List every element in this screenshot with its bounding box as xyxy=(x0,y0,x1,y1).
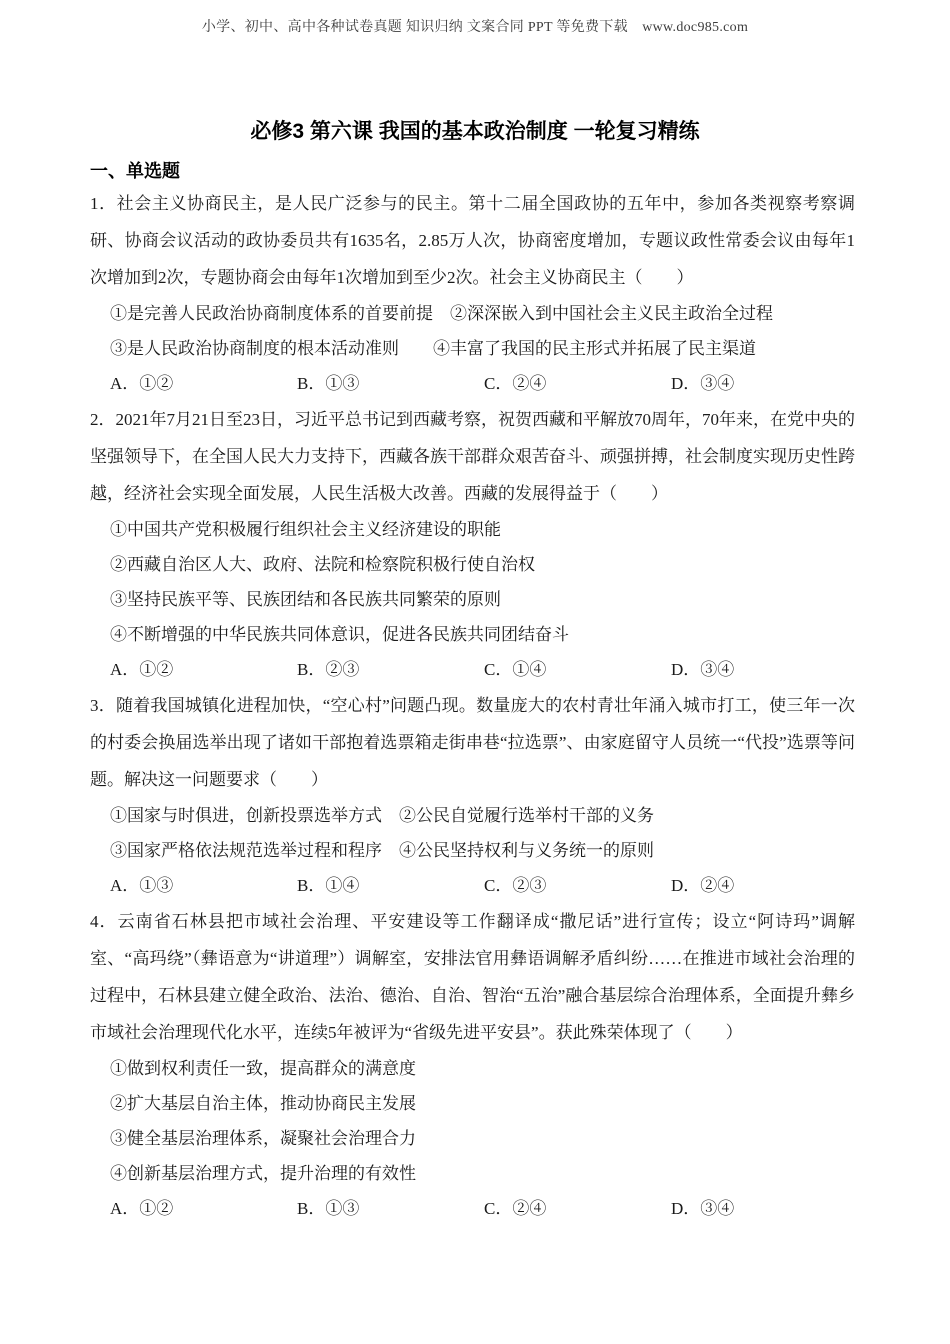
question-2-item-line-3: ③坚持民族平等、民族团结和各民族共同繁荣的原则 xyxy=(90,582,855,617)
question-4: 4．云南省石林县把市域社会治理、平安建设等工作翻译成“撒尼话”进行宣传；设立“阿… xyxy=(90,903,855,1226)
question-4-choices: A．①② B．①③ C．②④ D．③④ xyxy=(90,1191,855,1226)
question-1-choice-b: B．①③ xyxy=(297,366,484,401)
question-4-stem: 4．云南省石林县把市域社会治理、平安建设等工作翻译成“撒尼话”进行宣传；设立“阿… xyxy=(90,903,855,1051)
question-4-item-line-1: ①做到权利责任一致，提高群众的满意度 xyxy=(90,1051,855,1086)
question-3-item-line-2: ③国家严格依法规范选举过程和程序 ④公民坚持权利与义务统一的原则 xyxy=(90,833,855,868)
question-2-stem: 2．2021年7月21日至23日，习近平总书记到西藏考察，祝贺西藏和平解放70周… xyxy=(90,401,855,512)
question-4-item-line-3: ③健全基层治理体系，凝聚社会治理合力 xyxy=(90,1121,855,1156)
question-3-item-line-1: ①国家与时俱进，创新投票选举方式 ②公民自觉履行选举村干部的义务 xyxy=(90,798,855,833)
question-3-choice-c: C．②③ xyxy=(484,868,671,903)
question-2-choice-c: C．①④ xyxy=(484,652,671,687)
question-2-item-line-2: ②西藏自治区人大、政府、法院和检察院积极行使自治权 xyxy=(90,547,855,582)
question-2-choice-d: D．③④ xyxy=(671,652,734,687)
site-watermark: 小学、初中、高中各种试卷真题 知识归纳 文案合同 PPT 等免费下载 www.d… xyxy=(0,16,950,36)
question-4-choice-b: B．①③ xyxy=(297,1191,484,1226)
question-1-choice-a: A．①② xyxy=(110,366,297,401)
question-2: 2．2021年7月21日至23日，习近平总书记到西藏考察，祝贺西藏和平解放70周… xyxy=(90,401,855,687)
question-1-item-line-1: ①是完善人民政治协商制度体系的首要前提 ②深深嵌入到中国社会主义民主政治全过程 xyxy=(90,296,855,331)
question-1: 1．社会主义协商民主，是人民广泛参与的民主。第十二届全国政协的五年中，参加各类视… xyxy=(90,185,855,401)
question-1-item-line-2: ③是人民政治协商制度的根本活动准则 ④丰富了我国的民主形式并拓展了民主渠道 xyxy=(90,331,855,366)
question-4-choice-d: D．③④ xyxy=(671,1191,734,1226)
question-3-stem: 3．随着我国城镇化进程加快，“空心村”问题凸现。数量庞大的农村青壮年涌入城市打工… xyxy=(90,687,855,798)
question-4-choice-c: C．②④ xyxy=(484,1191,671,1226)
question-3: 3．随着我国城镇化进程加快，“空心村”问题凸现。数量庞大的农村青壮年涌入城市打工… xyxy=(90,687,855,903)
question-1-choice-d: D．③④ xyxy=(671,366,734,401)
question-3-choice-d: D．②④ xyxy=(671,868,734,903)
question-2-item-line-4: ④不断增强的中华民族共同体意识，促进各民族共同团结奋斗 xyxy=(90,617,855,652)
question-4-choice-a: A．①② xyxy=(110,1191,297,1226)
question-2-choice-a: A．①② xyxy=(110,652,297,687)
question-2-item-line-1: ①中国共产党积极履行组织社会主义经济建设的职能 xyxy=(90,512,855,547)
section-heading: 一、单选题 xyxy=(90,159,855,183)
question-2-choices: A．①② B．②③ C．①④ D．③④ xyxy=(90,652,855,687)
question-1-choice-c: C．②④ xyxy=(484,366,671,401)
question-3-choice-a: A．①③ xyxy=(110,868,297,903)
question-4-item-line-2: ②扩大基层自治主体，推动协商民主发展 xyxy=(90,1086,855,1121)
question-3-choices: A．①③ B．①④ C．②③ D．②④ xyxy=(90,868,855,903)
question-1-stem: 1．社会主义协商民主，是人民广泛参与的民主。第十二届全国政协的五年中，参加各类视… xyxy=(90,185,855,296)
question-2-choice-b: B．②③ xyxy=(297,652,484,687)
question-3-choice-b: B．①④ xyxy=(297,868,484,903)
question-list: 1．社会主义协商民主，是人民广泛参与的民主。第十二届全国政协的五年中，参加各类视… xyxy=(90,185,855,1226)
question-1-choices: A．①② B．①③ C．②④ D．③④ xyxy=(90,366,855,401)
question-4-item-line-4: ④创新基层治理方式，提升治理的有效性 xyxy=(90,1156,855,1191)
